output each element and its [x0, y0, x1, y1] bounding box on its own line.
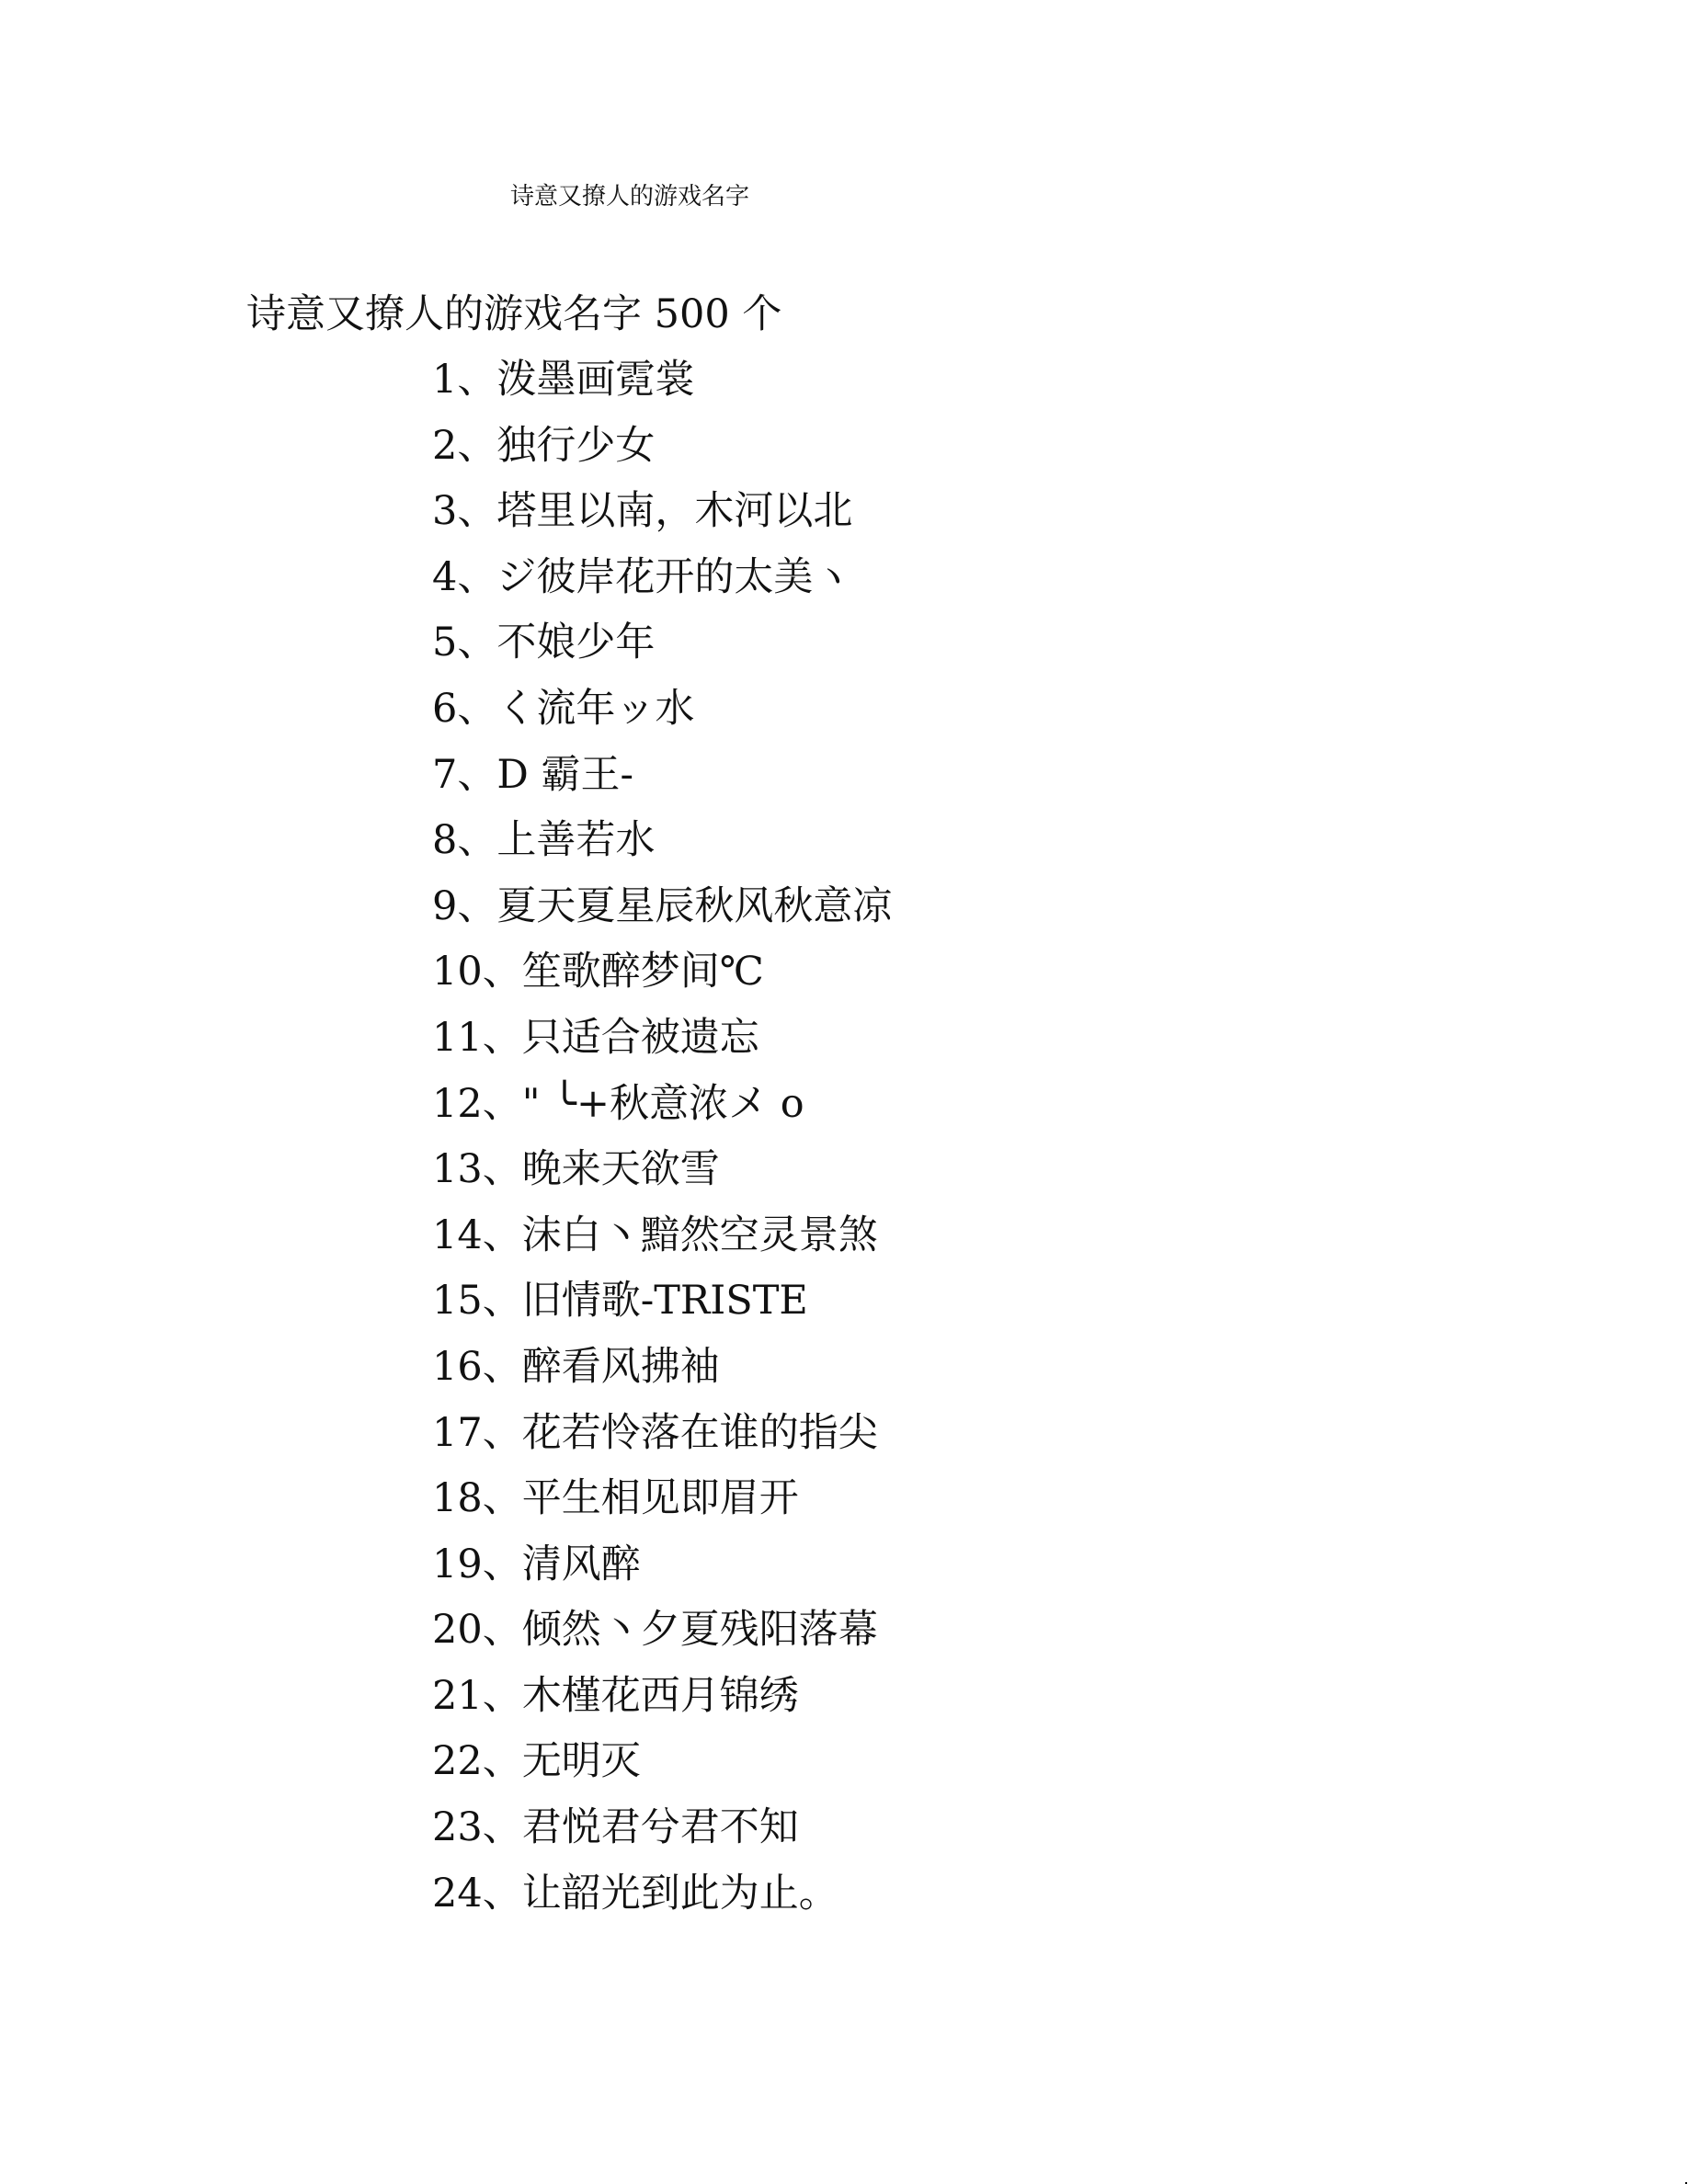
list-item: 5、不娘少年	[432, 617, 892, 683]
list-item: 21、木槿花西月锦绣	[432, 1670, 892, 1736]
list-item: 20、倾然丶夕夏残阳落幕	[432, 1604, 892, 1670]
list-item: 8、上善若水	[432, 814, 892, 881]
list-item: 14、沫白丶黯然空灵景煞	[432, 1210, 892, 1276]
list-item: 24、让韶光到此为止。	[432, 1868, 892, 1934]
list-item: 13、晚来天欲雪	[432, 1143, 892, 1210]
list-item: 7、D 霸王-	[432, 749, 892, 815]
list-item: 18、平生相见即眉开	[432, 1473, 892, 1539]
list-item: 19、清风醉	[432, 1539, 892, 1605]
list-item: 17、花若怜落在谁的指尖	[432, 1407, 892, 1473]
list-item: 12、" ╰+秋意浓メ o	[432, 1078, 892, 1144]
list-item: 23、君悦君兮君不知	[432, 1802, 892, 1868]
list-item: 4、ジ彼岸花开的太美ヽ	[432, 552, 892, 618]
page-header: 诗意又撩人的游戏名字	[510, 180, 749, 213]
game-name-list: 1、泼墨画霓裳 2、独行少女 3、塔里以南，木河以北 4、ジ彼岸花开的太美ヽ 5…	[432, 354, 892, 1933]
list-item: 2、独行少女	[432, 420, 892, 486]
list-item: 6、く流年ッ水	[432, 683, 892, 749]
list-item: 1、泼墨画霓裳	[432, 354, 892, 420]
list-item: 16、醉看风拂袖	[432, 1341, 892, 1407]
list-item: 22、无明灭	[432, 1735, 892, 1802]
list-item: 9、夏天夏星辰秋风秋意凉	[432, 881, 892, 947]
list-item: 10、笙歌醉梦间℃	[432, 946, 892, 1012]
list-item: 11、只适合被遗忘	[432, 1012, 892, 1078]
list-item: 15、旧情歌-TRISTE	[432, 1275, 892, 1341]
document-title: 诗意又撩人的游戏名字 500 个	[246, 289, 781, 340]
list-item: 3、塔里以南，木河以北	[432, 485, 892, 552]
